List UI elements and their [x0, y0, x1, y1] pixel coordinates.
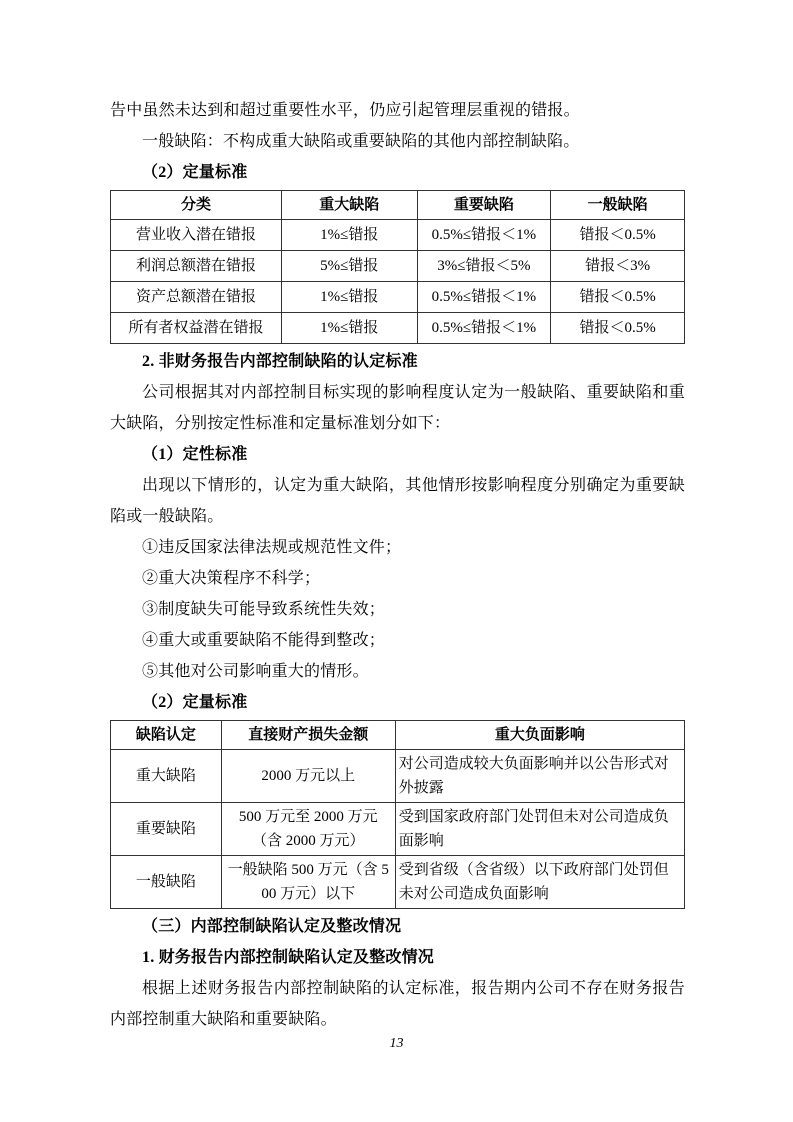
- table-header-cell: 一般缺陷: [551, 191, 685, 220]
- table-header-cell: 直接财产损失金额: [221, 721, 395, 750]
- table-cell: 500 万元至 2000 万元（含 2000 万元）: [221, 803, 395, 856]
- list-item-4: ④重大或重要缺陷不能得到整改；: [110, 625, 685, 656]
- document-page: 告中虽然未达到和超过重要性水平，仍应引起管理层重视的错报。 一般缺陷：不构成重大…: [0, 0, 793, 1122]
- table-cell: 受到国家政府部门处罚但未对公司造成负面影响: [395, 803, 684, 856]
- table-cell: 2000 万元以上: [221, 750, 395, 803]
- table-header-cell: 重要缺陷: [417, 191, 551, 220]
- table-cell: 3%≤错报＜5%: [417, 251, 551, 282]
- table-header-cell: 缺陷认定: [111, 721, 222, 750]
- table-cell: 0.5%≤错报＜1%: [417, 313, 551, 344]
- nonfinancial-defect-quantitative-table: 缺陷认定 直接财产损失金额 重大负面影响 重大缺陷 2000 万元以上 对公司造…: [110, 720, 685, 909]
- table-cell: 错报＜0.5%: [551, 220, 685, 251]
- paragraph-situations: 出现以下情形的，认定为重大缺陷，其他情形按影响程度分别确定为重要缺陷或一般缺陷。: [110, 470, 685, 532]
- table-row: 重大缺陷 2000 万元以上 对公司造成较大负面影响并以公告形式对外披露: [111, 750, 685, 803]
- table-row: 一般缺陷 一般缺陷 500 万元（含 500 万元）以下 受到省级（含省级）以下…: [111, 856, 685, 909]
- list-item-1: ①违反国家法律法规或规范性文件；: [110, 532, 685, 563]
- table-cell: 错报＜0.5%: [551, 313, 685, 344]
- table-cell: 1%≤错报: [282, 313, 417, 344]
- table-cell: 一般缺陷 500 万元（含 500 万元）以下: [221, 856, 395, 909]
- table-cell: 错报＜0.5%: [551, 282, 685, 313]
- table-header-row: 分类 重大缺陷 重要缺陷 一般缺陷: [111, 191, 685, 220]
- table-cell: 重要缺陷: [111, 803, 222, 856]
- heading-quantitative-standard-2: （2）定量标准: [110, 687, 685, 718]
- table-row: 重要缺陷 500 万元至 2000 万元（含 2000 万元） 受到国家政府部门…: [111, 803, 685, 856]
- list-item-5: ⑤其他对公司影响重大的情形。: [110, 656, 685, 687]
- table-row: 资产总额潜在错报 1%≤错报 0.5%≤错报＜1% 错报＜0.5%: [111, 282, 685, 313]
- heading-quantitative-standard-1: （2）定量标准: [110, 157, 685, 188]
- table-cell: 对公司造成较大负面影响并以公告形式对外披露: [395, 750, 684, 803]
- table-cell: 1%≤错报: [282, 220, 417, 251]
- table-row: 所有者权益潜在错报 1%≤错报 0.5%≤错报＜1% 错报＜0.5%: [111, 313, 685, 344]
- paragraph-general-defect: 一般缺陷：不构成重大缺陷或重要缺陷的其他内部控制缺陷。: [110, 126, 685, 157]
- page-number: 13: [0, 1036, 793, 1052]
- paragraph-continuation: 告中虽然未达到和超过重要性水平，仍应引起管理层重视的错报。: [110, 95, 685, 126]
- table-cell: 0.5%≤错报＜1%: [417, 220, 551, 251]
- table-header-cell: 重大缺陷: [282, 191, 417, 220]
- table-header-cell: 分类: [111, 191, 282, 220]
- table-cell: 所有者权益潜在错报: [111, 313, 282, 344]
- table-cell: 受到省级（含省级）以下政府部门处罚但未对公司造成负面影响: [395, 856, 684, 909]
- paragraph-company-basis: 公司根据其对内部控制目标实现的影响程度认定为一般缺陷、重要缺陷和重大缺陷，分别按…: [110, 377, 685, 439]
- table-cell: 1%≤错报: [282, 282, 417, 313]
- list-item-3: ③制度缺失可能导致系统性失效；: [110, 594, 685, 625]
- table-header-row: 缺陷认定 直接财产损失金额 重大负面影响: [111, 721, 685, 750]
- table-cell: 利润总额潜在错报: [111, 251, 282, 282]
- heading-qualitative-standard: （1）定性标准: [110, 439, 685, 470]
- paragraph-conclusion: 根据上述财务报告内部控制缺陷的认定标准，报告期内公司不存在财务报告内部控制重大缺…: [110, 973, 685, 1035]
- table-cell: 错报＜3%: [551, 251, 685, 282]
- financial-defect-quantitative-table: 分类 重大缺陷 重要缺陷 一般缺陷 营业收入潜在错报 1%≤错报 0.5%≤错报…: [110, 190, 685, 344]
- heading-financial-defect-status: 1. 财务报告内部控制缺陷认定及整改情况: [110, 942, 685, 973]
- table-cell: 重大缺陷: [111, 750, 222, 803]
- heading-nonfinancial-standard: 2. 非财务报告内部控制缺陷的认定标准: [110, 346, 685, 377]
- table-cell: 资产总额潜在错报: [111, 282, 282, 313]
- table-cell: 5%≤错报: [282, 251, 417, 282]
- table-cell: 一般缺陷: [111, 856, 222, 909]
- table-cell: 0.5%≤错报＜1%: [417, 282, 551, 313]
- heading-section-3: （三）内部控制缺陷认定及整改情况: [110, 911, 685, 942]
- table-row: 利润总额潜在错报 5%≤错报 3%≤错报＜5% 错报＜3%: [111, 251, 685, 282]
- table-row: 营业收入潜在错报 1%≤错报 0.5%≤错报＜1% 错报＜0.5%: [111, 220, 685, 251]
- table-header-cell: 重大负面影响: [395, 721, 684, 750]
- table-cell: 营业收入潜在错报: [111, 220, 282, 251]
- page-content: 告中虽然未达到和超过重要性水平，仍应引起管理层重视的错报。 一般缺陷：不构成重大…: [110, 95, 685, 1035]
- list-item-2: ②重大决策程序不科学；: [110, 563, 685, 594]
